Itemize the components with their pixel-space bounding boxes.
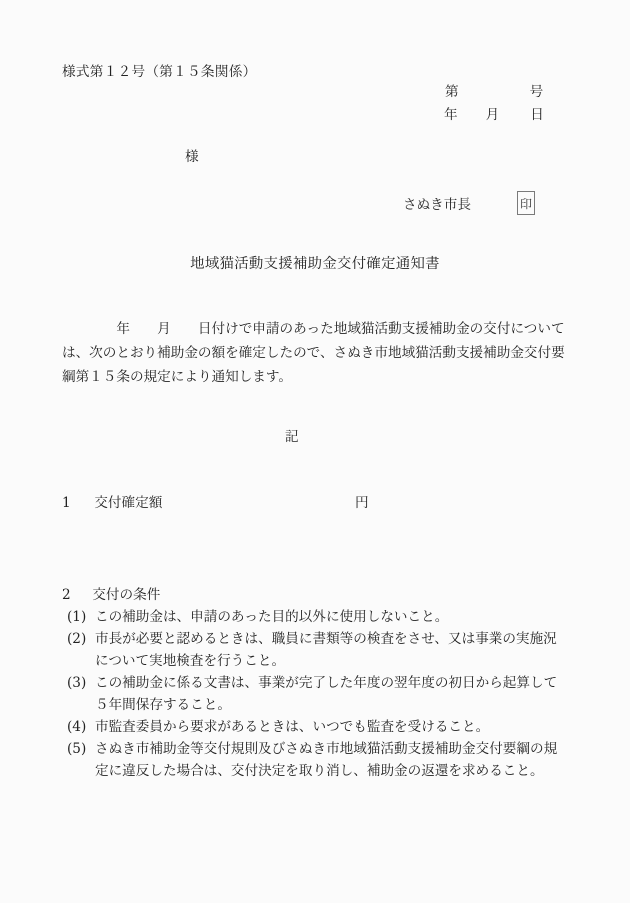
conditions-heading: 2 交付の条件 (62, 584, 576, 606)
sender-name: さぬき市長 (403, 193, 471, 213)
document-number-line: 第 号 (445, 81, 543, 103)
doc-number-prefix: 第 (445, 81, 459, 103)
yen-unit-label: 円 (355, 492, 369, 514)
form-number-label: 様式第１２号（第１５条関係） (62, 61, 257, 83)
condition-text: さぬき市補助金等交付規則及びさぬき市地域猫活動支援補助金交付要綱の規 (95, 738, 576, 760)
section-number: 2 (62, 584, 76, 606)
seal-box: 印 (517, 191, 535, 215)
notice-line: は、次のとおり補助金の額を確定したので、さぬき市地域猫活動支援補助金交付要 (62, 341, 576, 365)
condition-text: 定に違反した場合は、交付決定を取り消し、補助金の返還を求めること。 (95, 760, 576, 782)
condition-item: (2) 市長が必要と認めるときは、職員に書類等の検査をさせ、又は事業の実施況 に… (67, 628, 576, 672)
record-marker: 記 (285, 426, 299, 448)
seal-mark: 印 (520, 195, 532, 212)
date-line: 年 月 日 (444, 104, 544, 126)
condition-number: (4) (67, 716, 95, 738)
section-grant-amount: 1 交付確定額 円 (62, 492, 576, 514)
condition-text: この補助金に係る文書は、事業が完了した年度の翌年度の初日から起算して (95, 672, 576, 694)
condition-text: 市監査委員から要求があるときは、いつでも監査を受けること。 (95, 716, 576, 738)
notice-line: 年 月 日付けで申請のあった地域猫活動支援補助金の交付について (62, 317, 576, 341)
condition-item: (3) この補助金に係る文書は、事業が完了した年度の翌年度の初日から起算して ５… (67, 672, 576, 716)
document-title: 地域猫活動支援補助金交付確定通知書 (0, 252, 630, 276)
condition-number: (3) (67, 672, 95, 694)
condition-number: (2) (67, 628, 95, 650)
section-number: 1 (62, 492, 76, 514)
condition-text: ５年間保存すること。 (95, 694, 576, 716)
conditions-label: 交付の条件 (92, 587, 160, 603)
date-year-label: 年 (444, 104, 458, 126)
doc-number-suffix: 号 (530, 81, 544, 103)
condition-text: について実地検査を行うこと。 (95, 650, 576, 672)
document-page: 様式第１２号（第１５条関係） 第 号 年 月 日 様 さぬき市長 印 地域猫活動… (0, 0, 630, 903)
condition-text: この補助金は、申請のあった目的以外に使用しないこと。 (95, 606, 576, 628)
condition-item: (1) この補助金は、申請のあった目的以外に使用しないこと。 (67, 606, 576, 628)
grant-amount-label: 交付確定額 (94, 495, 162, 511)
notice-line: 綱第１５条の規定により通知します。 (62, 365, 576, 389)
date-month-label: 月 (486, 104, 500, 126)
sender-line: さぬき市長 印 (403, 190, 535, 216)
condition-text: 市長が必要と認めるときは、職員に書類等の検査をさせ、又は事業の実施況 (95, 628, 576, 650)
condition-number: (1) (67, 606, 95, 628)
condition-item: (5) さぬき市補助金等交付規則及びさぬき市地域猫活動支援補助金交付要綱の規 定… (67, 738, 576, 782)
condition-item: (4) 市監査委員から要求があるときは、いつでも監査を受けること。 (67, 716, 576, 738)
date-day-label: 日 (530, 104, 544, 126)
section-conditions: 2 交付の条件 (1) この補助金は、申請のあった目的以外に使用しないこと。 (… (62, 584, 576, 782)
condition-number: (5) (67, 738, 95, 760)
notice-paragraph: 年 月 日付けで申請のあった地域猫活動支援補助金の交付について は、次のとおり補… (62, 317, 576, 389)
conditions-list: (1) この補助金は、申請のあった目的以外に使用しないこと。 (2) 市長が必要… (62, 606, 576, 782)
addressee-honorific: 様 (185, 146, 199, 168)
